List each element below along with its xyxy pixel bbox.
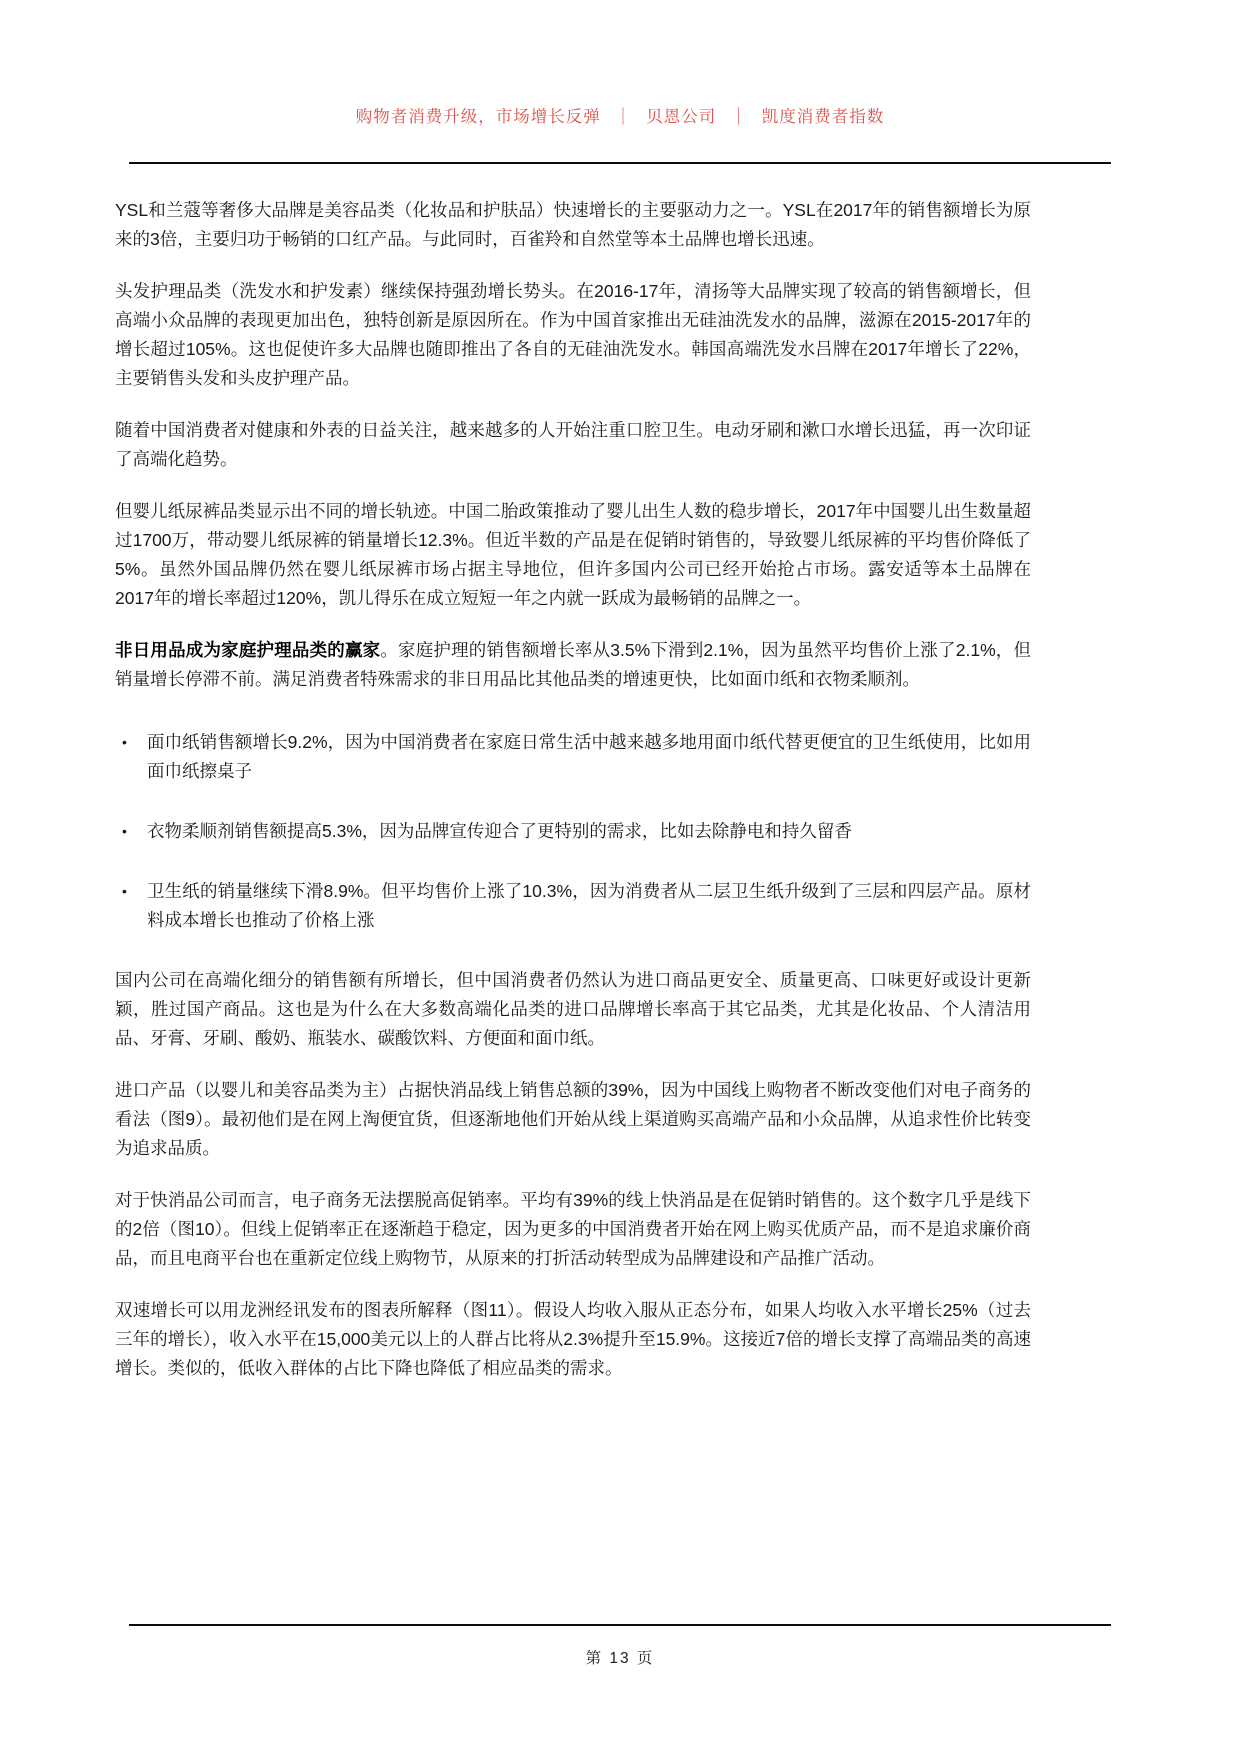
paragraph-beauty-brands: YSL和兰蔻等奢侈大品牌是美容品类（化妆品和护肤品）快速增长的主要驱动力之一。Y… xyxy=(115,196,1031,254)
paragraph-hair-care: 头发护理品类（洗发水和护发素）继续保持强劲增长势头。在2016-17年，清扬等大… xyxy=(115,277,1031,393)
paragraph-dual-speed-growth: 双速增长可以用龙洲经讯发布的图表所解释（图11）。假设人均收入服从正态分布，如果… xyxy=(115,1296,1031,1383)
paragraph-domestic-vs-imported: 国内公司在高端化细分的销售额有所增长，但中国消费者仍然认为进口商品更安全、质量更… xyxy=(115,966,1031,1053)
header-separator: ｜ xyxy=(615,102,633,127)
body-text: YSL和兰蔻等奢侈大品牌是美容品类（化妆品和护肤品）快速增长的主要驱动力之一。Y… xyxy=(115,196,1031,1406)
paragraph-ecommerce-promotion: 对于快消品公司而言，电子商务无法摆脱高促销率。平均有39%的线上快消品是在促销时… xyxy=(115,1186,1031,1273)
paragraph-bold-lead: 非日用品成为家庭护理品类的赢家 xyxy=(115,640,380,660)
list-item-text: 卫生纸的销量继续下滑8.9%。但平均售价上涨了10.3%，因为消费者从二层卫生纸… xyxy=(147,881,1031,930)
bullet-icon: • xyxy=(122,817,127,846)
list-item-toilet-paper: •卫生纸的销量继续下滑8.9%。但平均售价上涨了10.3%，因为消费者从二层卫生… xyxy=(115,877,1031,935)
header-report-title: 购物者消费升级，市场增长反弹 xyxy=(356,108,601,126)
list-item-text: 衣物柔顺剂销售额提高5.3%，因为品牌宣传迎合了更特别的需求，比如去除静电和持久… xyxy=(147,821,852,841)
header-rule xyxy=(129,162,1111,164)
paragraph-baby-diapers: 但婴儿纸尿裤品类显示出不同的增长轨迹。中国二胎政策推动了婴儿出生人数的稳步增长，… xyxy=(115,497,1031,613)
document-page: 购物者消费升级，市场增长反弹｜贝恩公司｜凯度消费者指数 YSL和兰蔻等奢侈大品牌… xyxy=(0,0,1240,1754)
paragraph-oral-care: 随着中国消费者对健康和外表的日益关注，越来越多的人开始注重口腔卫生。电动牙刷和漱… xyxy=(115,416,1031,474)
list-item-text: 面巾纸销售额增长9.2%，因为中国消费者在家庭日常生活中越来越多地用面巾纸代替更… xyxy=(147,732,1031,781)
footer-rule xyxy=(129,1624,1111,1626)
header-separator: ｜ xyxy=(730,102,748,127)
paragraph-home-care-winners: 非日用品成为家庭护理品类的赢家。家庭护理的销售额增长率从3.5%下滑到2.1%，… xyxy=(115,636,1031,694)
header-company-name: 贝恩公司 xyxy=(646,108,716,126)
bullet-icon: • xyxy=(122,728,127,757)
page-header: 购物者消费升级，市场增长反弹｜贝恩公司｜凯度消费者指数 xyxy=(0,103,1240,127)
header-index-name: 凯度消费者指数 xyxy=(762,108,885,126)
paragraph-imported-online: 进口产品（以婴儿和美容品类为主）占据快消品线上销售总额的39%，因为中国线上购物… xyxy=(115,1076,1031,1163)
list-item-fabric-softener: •衣物柔顺剂销售额提高5.3%，因为品牌宣传迎合了更特别的需求，比如去除静电和持… xyxy=(115,817,1031,846)
bullet-list: •面巾纸销售额增长9.2%，因为中国消费者在家庭日常生活中越来越多地用面巾纸代替… xyxy=(115,728,1031,935)
list-item-facial-tissue: •面巾纸销售额增长9.2%，因为中国消费者在家庭日常生活中越来越多地用面巾纸代替… xyxy=(115,728,1031,786)
page-number: 第 13 页 xyxy=(0,1646,1240,1668)
bullet-icon: • xyxy=(122,877,127,906)
